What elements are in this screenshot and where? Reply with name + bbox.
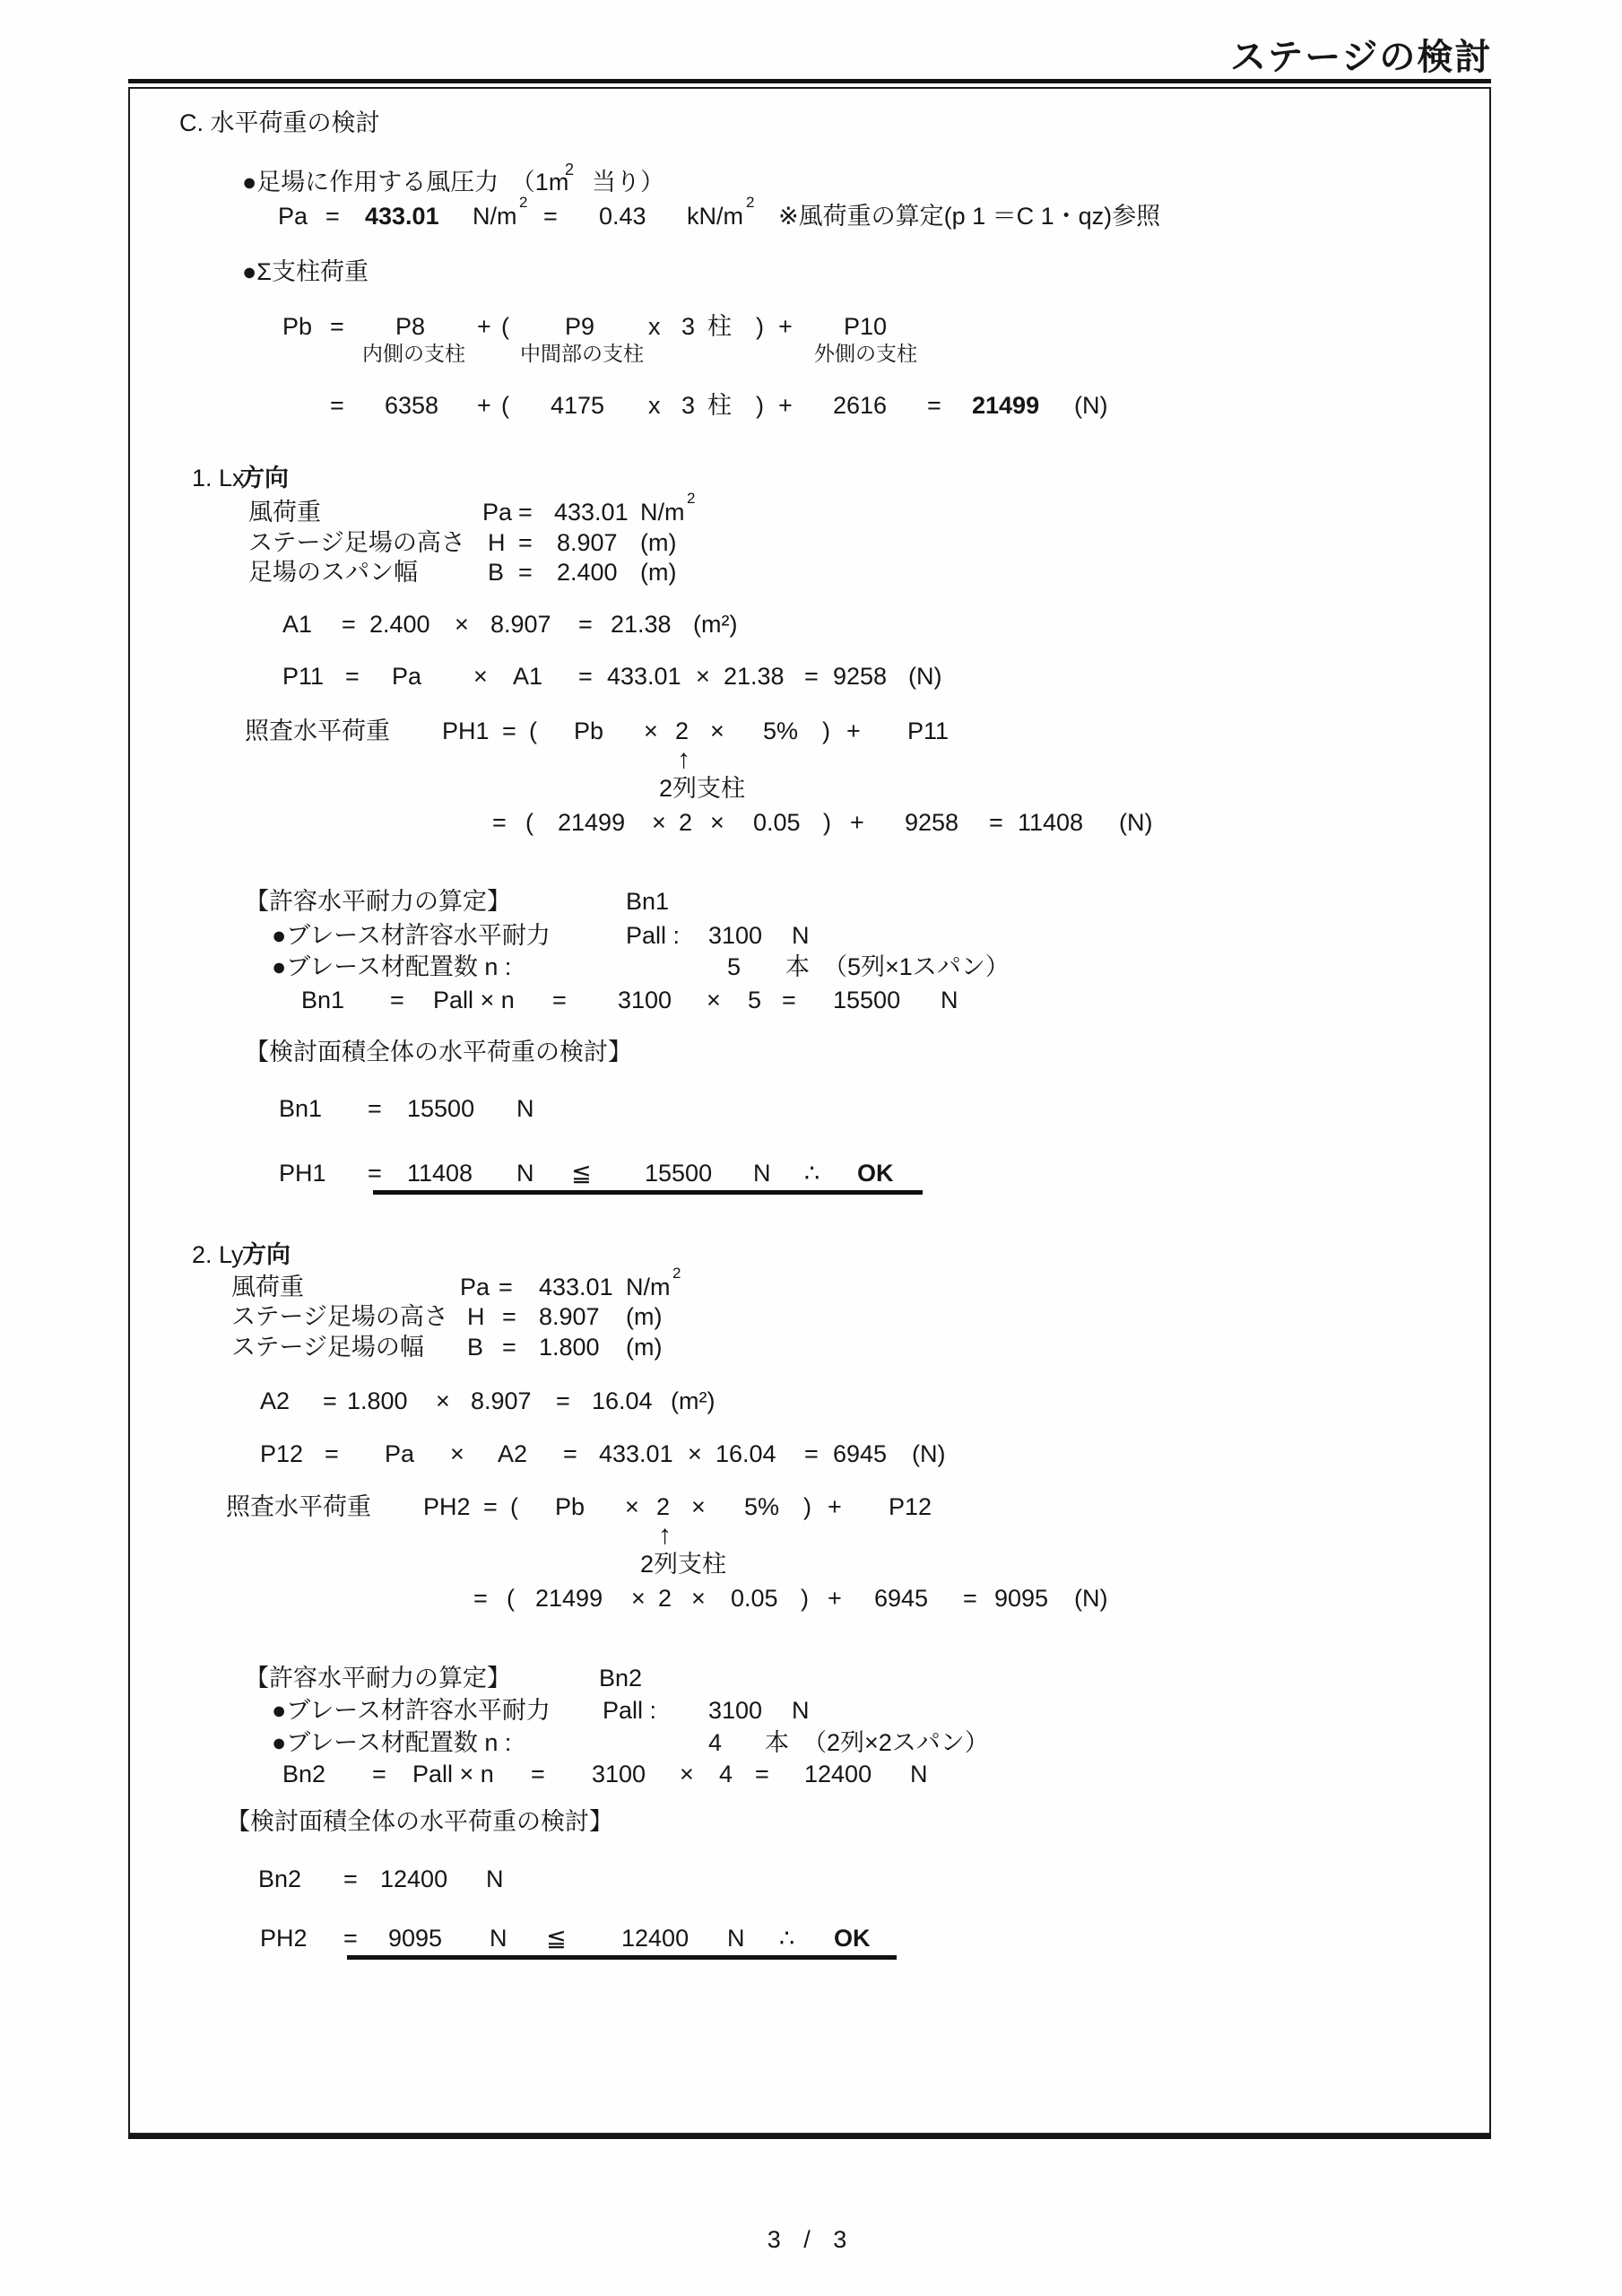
bn2-formula: = xyxy=(755,1761,769,1788)
ly-stage-width: B xyxy=(467,1334,483,1361)
ph1-result: 9258 xyxy=(905,809,958,837)
ly-stage-width: = xyxy=(502,1334,516,1361)
pb-result: + xyxy=(778,392,793,420)
p11-formula: × xyxy=(696,663,710,691)
ph2-result-underline xyxy=(347,1955,897,1960)
pb-result: 6358 xyxy=(385,392,438,420)
ph2-formula: = xyxy=(483,1493,498,1521)
ph1-result: × xyxy=(652,809,666,837)
ph1-result: ) xyxy=(823,809,831,837)
brace-count-lx: 5 xyxy=(727,953,741,981)
total-check-heading-ly: 【検討面積全体の水平荷重の検討】 xyxy=(226,1808,613,1836)
ph1-formula: = xyxy=(502,717,516,745)
ph2-formula: + xyxy=(828,1493,842,1521)
a2-formula: A2 xyxy=(260,1387,290,1415)
bn1-value: = xyxy=(368,1095,382,1123)
section-lx-heading: 1. Lx xyxy=(192,465,245,492)
ph2-result: 2 xyxy=(658,1585,672,1613)
a1-formula: 2.400 xyxy=(369,611,430,639)
bn2-value: 12400 xyxy=(380,1865,447,1893)
pb-formula: + xyxy=(778,313,793,341)
pb-column-labels: 中間部の支柱 xyxy=(520,342,644,365)
lx-wind-load: 433.01 xyxy=(554,499,629,526)
wind-pressure-label: 当り） xyxy=(592,169,664,196)
lx-span-width: B xyxy=(488,559,504,587)
ph2-check-result: 12400 xyxy=(621,1925,689,1952)
bn1-value: 15500 xyxy=(407,1095,474,1123)
bn1-formula: Bn1 xyxy=(301,987,344,1014)
ly-wind-load: 風荷重 xyxy=(231,1274,304,1301)
ph1-formula: Pb xyxy=(574,717,603,745)
a2-formula: 8.907 xyxy=(471,1387,532,1415)
section-ly-heading: 方向 xyxy=(242,1241,291,1269)
bn1-value: N xyxy=(516,1095,534,1123)
p12-formula: × xyxy=(688,1440,702,1468)
ph1-formula: 2 xyxy=(675,717,689,745)
up-arrow-lx: ↑ xyxy=(677,744,690,776)
up-arrow-ly: ↑ xyxy=(658,1520,672,1552)
ph2-check-result: N xyxy=(490,1925,507,1952)
ph1-result: 11408 xyxy=(1018,809,1083,837)
a1-formula: 8.907 xyxy=(490,611,551,639)
allowable-capacity-heading-lx: Bn1 xyxy=(626,888,669,916)
p11-formula: P11 xyxy=(282,663,324,691)
ph2-formula: Pb xyxy=(555,1493,585,1521)
wind-pressure-value: = xyxy=(543,203,558,230)
ly-wind-load: 433.01 xyxy=(539,1274,613,1301)
pb-formula: + xyxy=(477,313,491,341)
ly-stage-width: 1.800 xyxy=(539,1334,600,1361)
ph2-check-result: OK xyxy=(834,1925,871,1952)
pb-column-labels: 内側の支柱 xyxy=(362,342,465,365)
ph2-formula: 5% xyxy=(744,1493,779,1521)
bn1-formula: 3100 xyxy=(618,987,672,1014)
pb-formula: ( xyxy=(501,313,509,341)
brace-count-ly: 本 xyxy=(765,1729,789,1757)
ly-wind-load: Pa xyxy=(460,1274,490,1301)
bn2-value: Bn2 xyxy=(258,1865,301,1893)
lx-stage-height: (m) xyxy=(640,529,676,557)
bn2-value: = xyxy=(343,1865,358,1893)
ph2-formula: 照査水平荷重 xyxy=(226,1493,371,1521)
ph1-check-result: ≦ xyxy=(571,1160,592,1187)
calculation-sheet-page: ステージの検討 C. 水平荷重の検討●足場に作用する風圧力 （1m2当り）Pa=… xyxy=(0,0,1622,2296)
pb-formula: 3 xyxy=(681,313,695,341)
p12-formula: 433.01 xyxy=(599,1440,673,1468)
ph1-formula: ) xyxy=(822,717,830,745)
column-load-label: ●Σ支柱荷重 xyxy=(242,258,369,286)
p11-formula: = xyxy=(804,663,819,691)
lx-wind-load: = xyxy=(518,499,533,526)
ph2-result: (N) xyxy=(1074,1585,1107,1613)
bn2-formula: Pall × n xyxy=(412,1761,494,1788)
p11-formula: Pa xyxy=(392,663,421,691)
pb-result: = xyxy=(927,392,941,420)
pb-result: ) xyxy=(756,392,764,420)
pb-result: (N) xyxy=(1074,392,1107,420)
brace-allowable-lx: Pall : xyxy=(626,922,680,950)
p12-formula: = xyxy=(563,1440,577,1468)
ph1-result: ( xyxy=(525,809,533,837)
brace-allowable-ly: ●ブレース材許容水平耐力 xyxy=(272,1697,551,1725)
ph1-result: + xyxy=(850,809,864,837)
ly-stage-height: ステージ足場の高さ xyxy=(231,1303,448,1331)
lx-wind-load: Pa xyxy=(482,499,512,526)
two-row-columns-label-ly: 2列支柱 xyxy=(640,1551,726,1578)
p12-formula: 16.04 xyxy=(716,1440,776,1468)
ph1-formula: ( xyxy=(529,717,537,745)
ph1-check-result: N xyxy=(753,1160,771,1187)
lx-stage-height: 8.907 xyxy=(557,529,618,557)
ph1-result: = xyxy=(492,809,507,837)
ph2-formula: ( xyxy=(510,1493,518,1521)
lx-span-width: = xyxy=(518,559,533,587)
bn1-formula: 15500 xyxy=(833,987,900,1014)
p12-formula: × xyxy=(450,1440,464,1468)
lx-wind-load: 2 xyxy=(687,490,695,508)
brace-allowable-lx: 3100 xyxy=(708,922,762,950)
ph2-check-result: 9095 xyxy=(388,1925,442,1952)
p11-formula: (N) xyxy=(908,663,941,691)
bn2-formula: 12400 xyxy=(804,1761,872,1788)
a2-formula: (m²) xyxy=(671,1387,715,1415)
wind-pressure-value: 0.43 xyxy=(599,203,646,230)
pb-result: 3 xyxy=(681,392,695,420)
bn2-formula: = xyxy=(372,1761,386,1788)
bn1-formula: Pall × n xyxy=(433,987,515,1014)
ly-stage-width: (m) xyxy=(626,1334,662,1361)
ph2-result: ) xyxy=(801,1585,809,1613)
page-number: 3 / 3 xyxy=(0,2226,1622,2254)
section-lx-heading: 方向 xyxy=(240,465,289,492)
lx-stage-height: ステージ足場の高さ xyxy=(248,529,465,557)
brace-allowable-lx: N xyxy=(792,922,810,950)
p11-formula: A1 xyxy=(513,663,542,691)
a2-formula: = xyxy=(556,1387,570,1415)
p12-formula: (N) xyxy=(912,1440,945,1468)
a1-formula: × xyxy=(455,611,469,639)
bn2-formula: × xyxy=(680,1761,694,1788)
wind-pressure-value: Pa xyxy=(278,203,308,230)
a2-formula: 16.04 xyxy=(592,1387,653,1415)
bn2-formula: = xyxy=(531,1761,545,1788)
ph1-result: = xyxy=(989,809,1003,837)
pb-result: ( xyxy=(501,392,509,420)
pb-result: 4175 xyxy=(551,392,604,420)
p12-formula: 6945 xyxy=(833,1440,887,1468)
p11-formula: 433.01 xyxy=(607,663,681,691)
ph2-check-result: PH2 xyxy=(260,1925,308,1952)
pb-formula: ) xyxy=(756,313,764,341)
a2-formula: × xyxy=(436,1387,450,1415)
ph2-result: = xyxy=(473,1585,488,1613)
brace-allowable-ly: 3100 xyxy=(708,1697,762,1725)
pb-result: 21499 xyxy=(972,392,1039,420)
section-c-heading: C. 水平荷重の検討 xyxy=(179,109,380,137)
lx-wind-load: 風荷重 xyxy=(248,499,321,526)
pb-result: x xyxy=(648,392,661,420)
ph1-formula: PH1 xyxy=(442,717,490,745)
brace-count-ly: ●ブレース材配置数 n : xyxy=(272,1729,511,1757)
lx-stage-height: = xyxy=(518,529,533,557)
ph2-result: × xyxy=(631,1585,646,1613)
ph2-check-result: = xyxy=(343,1925,358,1952)
ph1-result: 0.05 xyxy=(753,809,801,837)
ph1-check-result: ∴ xyxy=(804,1160,820,1187)
p11-formula: = xyxy=(578,663,593,691)
ph1-check-result: PH1 xyxy=(279,1160,326,1187)
ph1-result: 21499 xyxy=(558,809,625,837)
bn2-formula: Bn2 xyxy=(282,1761,325,1788)
pb-result: 2616 xyxy=(833,392,887,420)
p11-formula: 21.38 xyxy=(724,663,785,691)
lx-span-width: (m) xyxy=(640,559,676,587)
ph2-formula: 2 xyxy=(656,1493,670,1521)
allowable-capacity-heading-lx: 【許容水平耐力の算定】 xyxy=(245,888,511,916)
a1-formula: = xyxy=(578,611,593,639)
bn1-formula: = xyxy=(782,987,796,1014)
ph1-formula: + xyxy=(846,717,861,745)
ph2-check-result: N xyxy=(727,1925,745,1952)
wind-pressure-value: N/m xyxy=(473,203,517,230)
document-lines: C. 水平荷重の検討●足場に作用する風圧力 （1m2当り）Pa=433.01N/… xyxy=(0,0,1622,2296)
ph2-result: × xyxy=(691,1585,706,1613)
a1-formula: (m²) xyxy=(693,611,737,639)
ph2-result: 9095 xyxy=(994,1585,1048,1613)
bn2-value: N xyxy=(486,1865,504,1893)
ph2-result: ( xyxy=(507,1585,515,1613)
a1-formula: A1 xyxy=(282,611,312,639)
ph2-check-result: ∴ xyxy=(779,1925,794,1952)
bn1-formula: 5 xyxy=(748,987,761,1014)
a1-formula: 21.38 xyxy=(611,611,672,639)
p12-formula: Pa xyxy=(385,1440,414,1468)
ph1-formula: 照査水平荷重 xyxy=(245,717,390,745)
p12-formula: = xyxy=(325,1440,339,1468)
lx-wind-load: N/m xyxy=(640,499,685,526)
bn2-formula: 3100 xyxy=(592,1761,646,1788)
p12-formula: A2 xyxy=(498,1440,527,1468)
a2-formula: 1.800 xyxy=(347,1387,408,1415)
pb-formula: P10 xyxy=(844,313,887,341)
ph2-result: 0.05 xyxy=(731,1585,778,1613)
pb-formula: P8 xyxy=(395,313,425,341)
ph1-check-result: N xyxy=(516,1160,534,1187)
p11-formula: 9258 xyxy=(833,663,887,691)
wind-pressure-label: 2 xyxy=(565,161,574,179)
ph2-result: 6945 xyxy=(874,1585,928,1613)
pb-formula: x xyxy=(648,313,661,341)
ph1-result: 2 xyxy=(679,809,692,837)
bn2-formula: 4 xyxy=(719,1761,733,1788)
ly-stage-width: ステージ足場の幅 xyxy=(231,1334,424,1361)
ph2-formula: P12 xyxy=(889,1493,932,1521)
brace-allowable-lx: ●ブレース材許容水平耐力 xyxy=(272,922,551,950)
ph1-formula: × xyxy=(644,717,658,745)
bn1-formula: N xyxy=(941,987,958,1014)
p12-formula: P12 xyxy=(260,1440,303,1468)
ly-stage-height: = xyxy=(502,1303,516,1331)
lx-span-width: 足場のスパン幅 xyxy=(248,559,418,587)
allowable-capacity-heading-ly: Bn2 xyxy=(599,1665,642,1692)
ph2-formula: × xyxy=(691,1493,706,1521)
ph1-formula: × xyxy=(710,717,724,745)
wind-pressure-value: 433.01 xyxy=(365,203,439,230)
ph1-check-result: 11408 xyxy=(407,1160,473,1187)
ph2-result: + xyxy=(828,1585,842,1613)
ly-wind-load: = xyxy=(499,1274,513,1301)
ph2-result: 21499 xyxy=(535,1585,603,1613)
total-check-heading-lx: 【検討面積全体の水平荷重の検討】 xyxy=(245,1039,632,1066)
brace-allowable-ly: N xyxy=(792,1697,810,1725)
allowable-capacity-heading-ly: 【許容水平耐力の算定】 xyxy=(245,1665,511,1692)
wind-pressure-value: ※風荷重の算定(p 1 ＝C 1・qz)参照 xyxy=(778,203,1160,230)
bn1-formula: × xyxy=(707,987,721,1014)
ph2-result: = xyxy=(963,1585,977,1613)
ph1-check-result: = xyxy=(368,1160,382,1187)
p11-formula: = xyxy=(345,663,360,691)
pb-result: = xyxy=(330,392,344,420)
ph1-formula: 5% xyxy=(763,717,798,745)
ly-wind-load: N/m xyxy=(626,1274,671,1301)
pb-result: 柱 xyxy=(707,392,732,420)
ph1-check-result: OK xyxy=(857,1160,894,1187)
pb-formula: Pb xyxy=(282,313,312,341)
bn2-formula: N xyxy=(910,1761,928,1788)
brace-count-lx: 本 xyxy=(785,953,810,981)
pb-formula: = xyxy=(330,313,344,341)
brace-count-lx: ●ブレース材配置数 n : xyxy=(272,953,511,981)
ph1-result: × xyxy=(710,809,724,837)
wind-pressure-value: kN/m xyxy=(687,203,743,230)
ly-stage-height: 8.907 xyxy=(539,1303,600,1331)
ly-stage-height: (m) xyxy=(626,1303,662,1331)
ly-wind-load: 2 xyxy=(672,1265,681,1283)
lx-span-width: 2.400 xyxy=(557,559,618,587)
wind-pressure-label: ●足場に作用する風圧力 （1m xyxy=(242,169,568,196)
brace-count-ly: （2列×2スパン） xyxy=(802,1729,989,1757)
ly-stage-height: H xyxy=(467,1303,485,1331)
bn1-formula: = xyxy=(390,987,404,1014)
a2-formula: = xyxy=(323,1387,337,1415)
p12-formula: = xyxy=(804,1440,819,1468)
ph2-check-result: ≦ xyxy=(546,1925,567,1952)
wind-pressure-value: 2 xyxy=(746,194,754,212)
section-ly-heading: 2. Ly xyxy=(192,1241,244,1269)
brace-count-lx: （5列×1スパン） xyxy=(823,953,1010,981)
pb-result: + xyxy=(477,392,491,420)
ph2-formula: × xyxy=(625,1493,639,1521)
wind-pressure-value: 2 xyxy=(519,194,527,212)
ph1-result: (N) xyxy=(1119,809,1152,837)
brace-allowable-ly: Pall : xyxy=(603,1697,656,1725)
bn1-formula: = xyxy=(552,987,567,1014)
pb-formula: 柱 xyxy=(707,313,732,341)
a1-formula: = xyxy=(342,611,356,639)
pb-formula: P9 xyxy=(565,313,594,341)
ph1-result-underline xyxy=(373,1190,923,1195)
wind-pressure-value: = xyxy=(325,203,340,230)
pb-column-labels: 外側の支柱 xyxy=(814,342,917,365)
ph2-formula: PH2 xyxy=(423,1493,471,1521)
ph1-formula: P11 xyxy=(907,717,949,745)
p11-formula: × xyxy=(473,663,488,691)
ph2-formula: ) xyxy=(803,1493,811,1521)
ph1-check-result: 15500 xyxy=(645,1160,712,1187)
lx-stage-height: H xyxy=(488,529,506,557)
two-row-columns-label-lx: 2列支柱 xyxy=(659,775,745,803)
bn1-value: Bn1 xyxy=(279,1095,322,1123)
brace-count-ly: 4 xyxy=(708,1729,722,1757)
